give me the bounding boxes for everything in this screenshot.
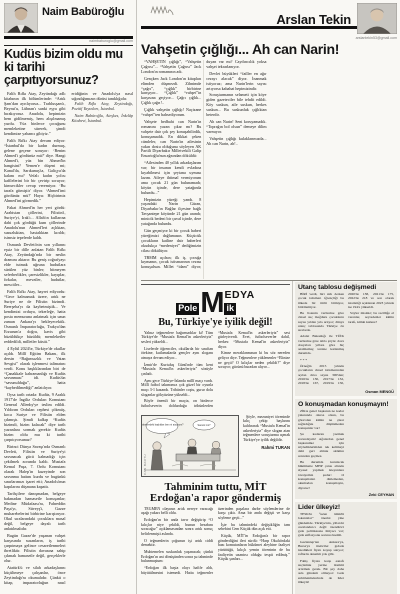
paragraph: * * *	[298, 358, 344, 362]
box-headline: O konuşmadan konuşmayın!	[298, 401, 394, 408]
paragraph: İzmir'de Kurtuluş Günü'nde tüm kent “Mus…	[141, 363, 213, 377]
left-author-header: Naim Babüroğlu	[4, 3, 133, 34]
logo-pole: Pole	[176, 303, 199, 315]
paragraph: Falih Rıfkı Atay devam ediyor: “İstanbul…	[4, 138, 66, 203]
paragraph: Fahiş fiyata karşı esnafı suçlamak yerin…	[298, 559, 344, 585]
reference: Naim Babüroğlu, Ateşkes, İnkılâp Kitabev…	[72, 113, 134, 123]
rail-box-utanc: Utanç tablosu değişmedi BİRİ verdi, biri…	[295, 282, 397, 396]
polemik-headline-1: Bu, Türkiye'ye iyilik değil!	[141, 318, 290, 329]
paragraph: Falih Rıfkı Atay, hayret ediyordu: “Gece…	[4, 289, 66, 344]
polemik-body-1-continued: Şöyle, mezuniyet töreninde kılıç çekip b…	[243, 415, 290, 477]
paragraph: Kimse meraklanmasın ki bu söz nereden ge…	[218, 351, 290, 370]
paragraph: TESK'in “uzun ömürlü lokantalar” önerisi…	[298, 512, 344, 538]
rail-box-konusma: O konuşmadan konuşmayın! ZİRA genel başk…	[295, 399, 397, 499]
paragraph: Muhtemelen suskunluk yaşanacak; çünkü Er…	[141, 550, 213, 564]
quote-rail: Utanç tablosu değişmedi BİRİ verdi, biri…	[295, 282, 397, 594]
paragraph: Gün geçmiyor ki bir çocuk haberi yüreğim…	[141, 229, 201, 254]
column-divider	[136, 0, 137, 594]
thin-rule	[4, 45, 133, 46]
paragraph: Hepimizin yüreği yandı. 8 yaşındaki Nari…	[141, 198, 201, 227]
paragraph: O teğmenlerin çoğunun işi artık ciddi de…	[141, 539, 213, 548]
rail-box-lider: Lider ülkeyiz! TESK'in “uzun ömürlü loka…	[295, 502, 397, 594]
paragraph: Küçük, MİT'in Erdoğan'a bir rapor gönder…	[218, 534, 290, 562]
speech-bubble-2: Sansür mü?	[198, 424, 212, 427]
paragraph: Adalet Bakanlığı ile TÜİK verilerine gör…	[298, 334, 344, 355]
polemik-body-1: Yalnız teğmenlere bağırmadılar ki! Tüm T…	[141, 331, 290, 413]
box-signature: Osman MENGÜ	[298, 389, 394, 394]
reference: Falih Rıfkı Atay, Zeytindağı, Pozitif Ya…	[72, 101, 134, 111]
paragraph: BİRİ verdi, biri aldı derken çocuk istis…	[298, 292, 344, 309]
paragraph: Gençken Jack London'ın kitapları elimden…	[141, 77, 201, 106]
author-email: naimbaburoglu@gmail.com	[4, 40, 133, 44]
paragraph: Bu listenin verilerine göre cinsel suç m…	[298, 311, 344, 332]
paragraph: Çığlık vahşetin çığlığı! Naçizane “vahşe…	[141, 108, 201, 118]
section-divider	[141, 280, 397, 281]
box-body: TESK'in “uzun ömürlü lokantalar” önerisi…	[298, 512, 394, 594]
paragraph: Ah can Narin! Seni koruyamadık. “Toprağı…	[206, 120, 266, 135]
paragraph: Bu durumda kurulacak hükûmette MHP çatıs…	[298, 460, 344, 490]
paragraph: Birinci Dünya Savaşı'nda Osmanlı Devleti…	[4, 444, 66, 489]
paragraph: Oysa tarih ortada: Kudüs, 9 Aralık 1917'…	[4, 392, 66, 442]
paragraph: ZİRA genel başkanın ne kadar yakınında o…	[298, 409, 344, 430]
headline-line-2: Erdoğan'a rapor göndermiş	[141, 493, 290, 505]
medya-polemik-logo: Pole M EDYA ik	[141, 287, 290, 315]
logo-rule	[141, 284, 290, 285]
newspaper-page: Naim Babüroğlu naimbaburoglu@gmail.com K…	[0, 0, 400, 594]
paragraph: Şöyle, mezuniyet töreninde kılıç çekip b…	[243, 415, 290, 443]
cartoon-drawing: Haberlerdeki başlıkları ben mi atıyorum?…	[142, 416, 238, 476]
paragraph: İşte bu tahmindeki değişikliğin tam sebe…	[218, 523, 290, 532]
paragraph: Devlet büyükleri “failler en ağır cezayı…	[206, 72, 266, 92]
paragraph: Soruşturmanın selameti için köye giden g…	[206, 93, 266, 118]
paragraph: Osmanlı Devleti'nin son yıllarını eşsiz …	[4, 242, 66, 287]
box-signature: Zeki CEYHAN	[298, 492, 394, 497]
paragraph: Yalnız teğmenlere bağırmadılar ki! Tüm T…	[141, 331, 213, 345]
scribble-mark	[149, 4, 175, 16]
box-headline: Utanç tablosu değişmedi	[298, 284, 394, 291]
author-name: Naim Babüroğlu	[42, 3, 124, 19]
article-headline: Vahşetin çığlığı... Ah can Narin!	[141, 41, 397, 57]
author-photo-baburoglu	[4, 3, 38, 33]
box-headline: Lider ülkeyiz!	[298, 504, 394, 511]
paragraph: Erdoğan'ın bir anda tavır değiştirip “O …	[141, 518, 213, 537]
paragraph: Tarihçilere danışmadan, belgeye bakmadan…	[4, 491, 66, 531]
logo-ik: ik	[224, 303, 236, 315]
paragraph: Vahşete bedbaht can Narin'in romanını ya…	[141, 120, 201, 159]
article-headline: Kudüs bizim oldu mu ki tarihi çarpıtıyor…	[4, 48, 133, 88]
rail-divider	[292, 281, 293, 594]
paragraph: 4 Eylül 2024'te, Türkiye'de okullar açıl…	[4, 346, 66, 391]
paragraph: Fakat Ahmed'in her yeri gördü: Arabistan…	[4, 205, 66, 240]
right-article: Arslan Tekin arslantekin53@gmail.com Vah…	[141, 3, 397, 279]
logo-edya: EDYA	[224, 290, 254, 301]
medya-polemik-section: Pole M EDYA ik Bu, Türkiye'ye iyilik değ…	[141, 284, 290, 577]
speech-bubble-1: Haberlerdeki başlıkları ben mi atıyorum?	[142, 423, 184, 426]
author-name: Arslan Tekin	[276, 12, 351, 27]
left-article: Naim Babüroğlu naimbaburoglu@gmail.com K…	[4, 3, 133, 588]
paragraph: Gaziantep'ten Ankara'ya, Bursa'ya üretic…	[298, 540, 344, 557]
paragraph: Söyler misiniz; bu rezilliğe el verenler…	[348, 311, 394, 324]
paragraph: Falih Rıfkı Atay, Zeytindağı adlı kitabı…	[4, 91, 66, 136]
paragraph: Vahşetin çığlığı kulaklarımızda... Ah ca…	[206, 137, 266, 147]
box-body: ZİRA genel başkanın ne kadar yakınında o…	[298, 409, 394, 491]
editorial-cartoon: Haberlerdeki başlıkları ben mi atıyorum?…	[141, 415, 239, 477]
author-photo-tekin	[357, 3, 397, 34]
box-body: BİRİ verdi, biri aldı derken çocuk istis…	[298, 292, 394, 388]
paragraph: “Ailesinden 40 yıllık arkadaşlarım var; …	[141, 161, 201, 195]
logo-m: M	[200, 292, 223, 315]
paragraph: Aynı gece Türkiye-İzlanda millî maçı var…	[141, 379, 213, 398]
article-body: “VAHŞETİN çığlığı”, “Vahşetin Çağrısı”..…	[141, 60, 397, 279]
paragraph: Liselerde öğrenciler, okullarda bir sını…	[141, 347, 213, 361]
columnist-signature: Rahmi TURAN	[243, 445, 290, 450]
article-body: Falih Rıfkı Atay, Zeytindağı adlı kitabı…	[4, 91, 133, 588]
paragraph: “VAHŞETİN çığlığı”, “Vahşetin Çağrısı”..…	[141, 60, 201, 75]
paragraph: Bugün Gazze'de yaşanan vahşet karşısında…	[4, 533, 66, 563]
paragraph: Şu kadarını yazmak zorundayım! Ağalardan…	[298, 432, 344, 458]
polemik-body-2: TEĞMEN olayının artık nereye varacağı aş…	[141, 507, 290, 577]
paragraph: TEĞMEN olayının artık nereye varacağı aş…	[141, 507, 213, 516]
cartoon-credit: CAN BARTU	[143, 454, 147, 475]
polemik-headline-2: Tahminim tuttu, MİT Erdoğan'a rapor gönd…	[141, 482, 290, 505]
